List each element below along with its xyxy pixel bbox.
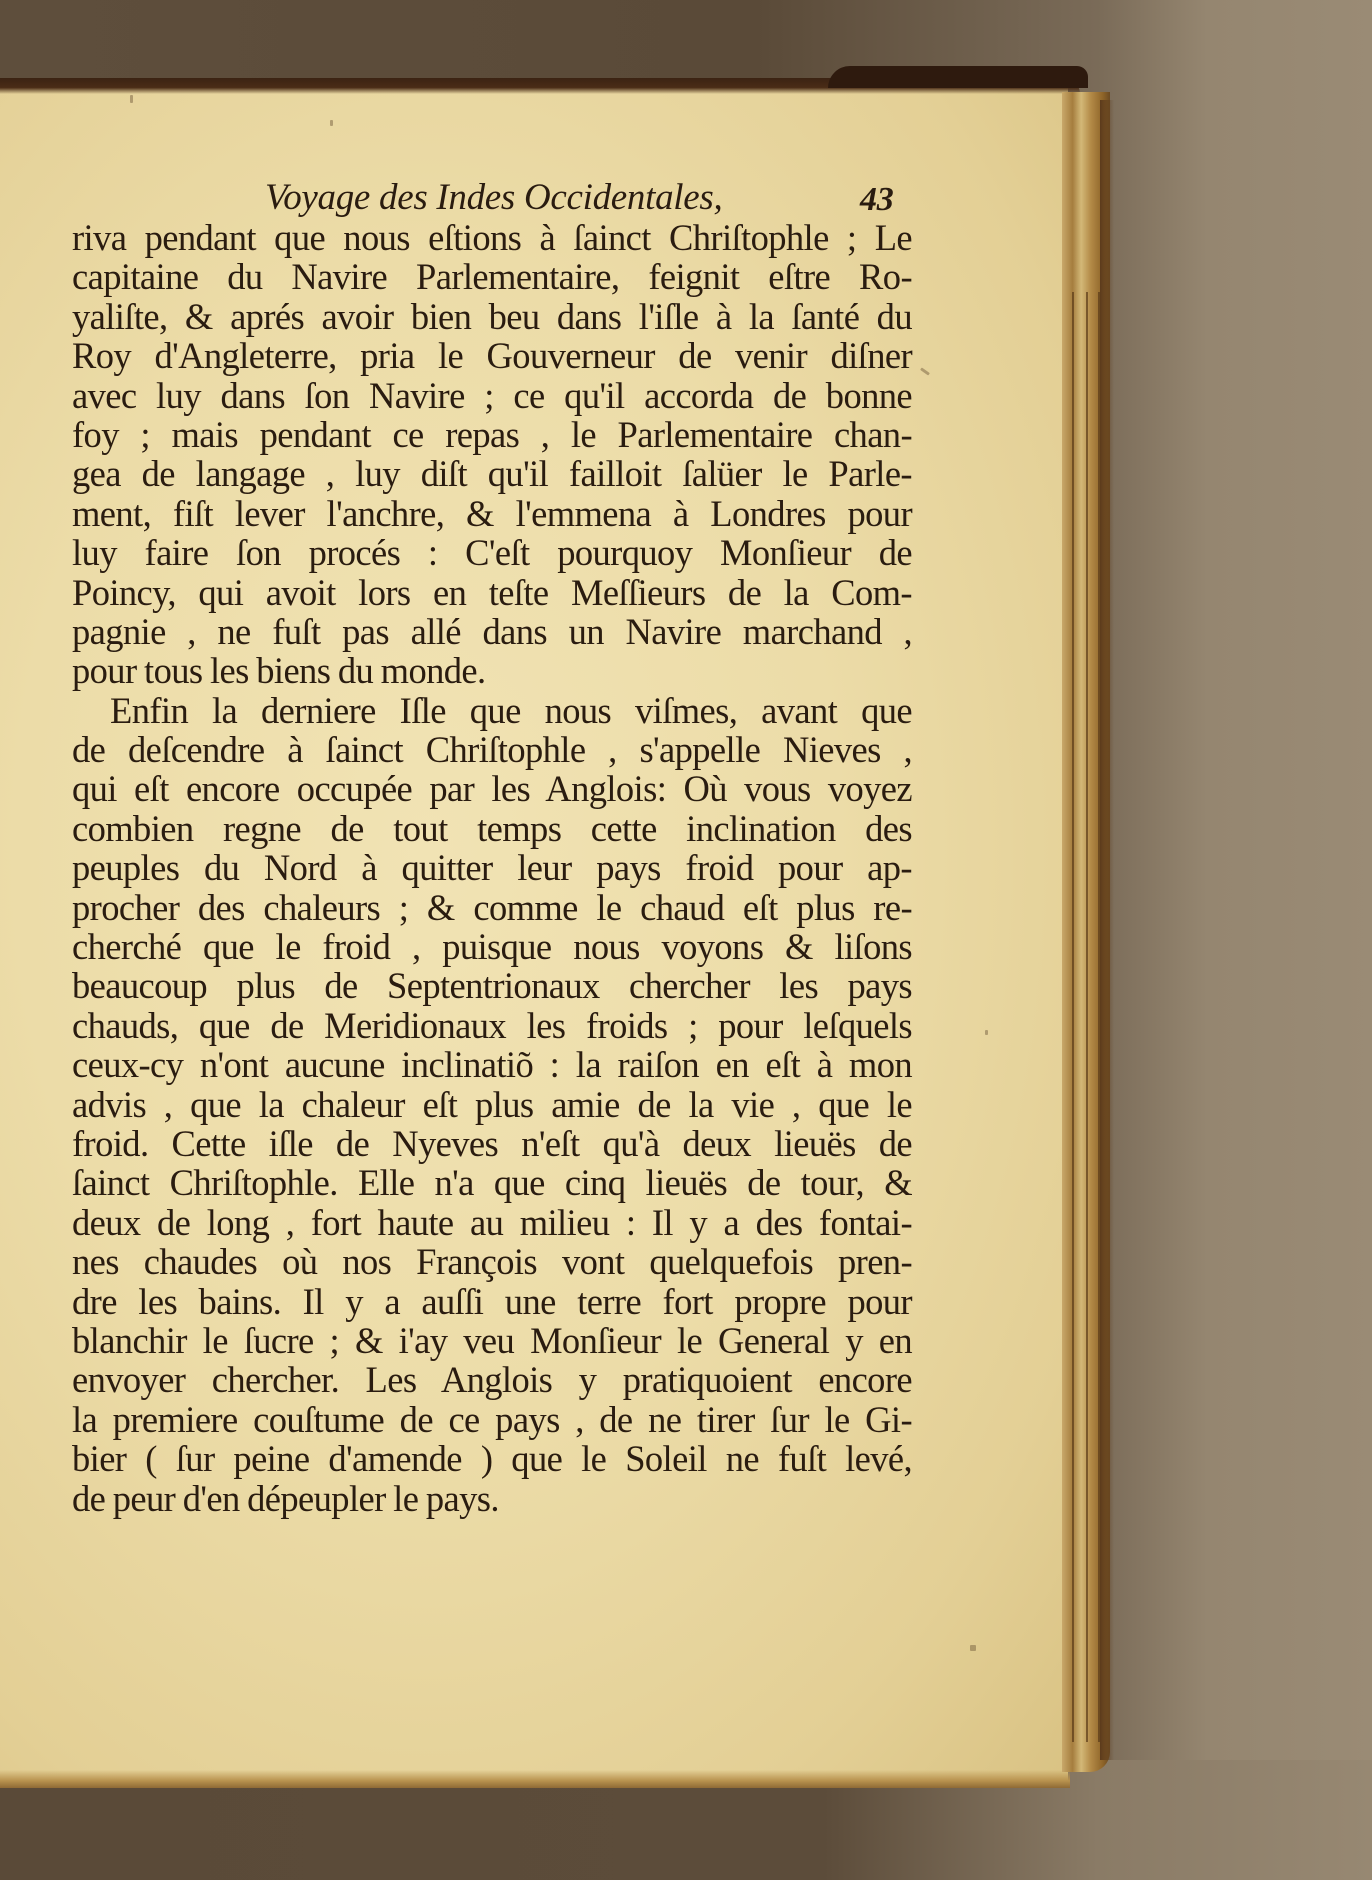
page-edge-line: [1072, 292, 1074, 1742]
text-line: deux de long , fort haute au milieu : Il…: [72, 1203, 912, 1242]
paragraph-end-line: de peur d'en dépeupler le pays.: [72, 1479, 912, 1518]
text-line: ſainct Chriſtophle. Elle n'a que cinq li…: [72, 1163, 912, 1202]
text-line: capitaine du Navire Parlementaire, feign…: [72, 257, 912, 296]
text-line: de deſcendre à ſainct Chriſtophle , s'ap…: [72, 730, 912, 769]
text-line: la premiere couſtume de ce pays , de ne …: [72, 1400, 912, 1439]
page-number: 43: [860, 180, 893, 220]
paper-speck: [985, 1030, 988, 1035]
text-line: ceux-cy n'ont aucune inclinatiõ : la rai…: [72, 1045, 912, 1084]
text-line: pagnie , ne fuſt pas allé dans un Navire…: [72, 612, 912, 651]
text-line: yaliſte, & aprés avoir bien beu dans l'i…: [72, 297, 912, 336]
text-line: blanchir le ſucre ; & i'ay veu Monſieur …: [72, 1321, 912, 1360]
running-title: Voyage des Indes Occidentales,: [265, 178, 722, 218]
paragraph-end-line: pour tous les biens du monde.: [72, 651, 912, 690]
text-line: cherché que le froid , puisque nous voyo…: [72, 927, 912, 966]
text-line: beaucoup plus de Septentrionaux chercher…: [72, 966, 912, 1005]
paper-speck: [130, 95, 133, 103]
text-line: dre les bains. Il y a auſſi une terre fo…: [72, 1282, 912, 1321]
page-top-edge: [0, 78, 1080, 94]
text-line: bier ( ſur peine d'amende ) que le Solei…: [72, 1439, 912, 1478]
running-head: Voyage des Indes Occidentales, 43: [72, 178, 912, 218]
text-line: advis , que la chaleur eſt plus amie de …: [72, 1085, 912, 1124]
text-line: riva pendant que nous eſtions à ſainct C…: [72, 218, 912, 257]
page-edge-line: [1086, 292, 1088, 1742]
cover-edge-shadow: [1100, 100, 1114, 1760]
text-line: envoyer chercher. Les Anglois y pratiquo…: [72, 1360, 912, 1399]
text-line: peuples du Nord à quitter leur pays froi…: [72, 848, 912, 887]
text-line: Roy d'Angleterre, pria le Gouverneur de …: [72, 336, 912, 375]
text-line: gea de langage , luy diſt qu'il failloit…: [72, 454, 912, 493]
text-line: Poincy, qui avoit lors en teſte Meſſieur…: [72, 573, 912, 612]
text-line: froid. Cette iſle de Nyeves n'eſt qu'à d…: [72, 1124, 912, 1163]
text-line: procher des chaleurs ; & comme le chaud …: [72, 888, 912, 927]
page-bottom-edge: [0, 1770, 1070, 1788]
text-line: avec luy dans ſon Navire ; ce qu'il acco…: [72, 376, 912, 415]
paragraph-start-line: Enfin la derniere Iſle que nous viſmes, …: [72, 691, 912, 730]
text-line: nes chaudes où nos François vont quelque…: [72, 1242, 912, 1281]
text-line: luy faire ſon procés : C'eſt pourquoy Mo…: [72, 533, 912, 572]
text-line: foy ; mais pendant ce repas , le Parleme…: [72, 415, 912, 454]
paper-speck: [330, 120, 333, 126]
text-line: combien regne de tout temps cette inclin…: [72, 809, 912, 848]
text-line: qui eſt encore occupée par les Anglois: …: [72, 769, 912, 808]
paper-speck: [970, 1645, 976, 1651]
text-line: chauds, que de Meridionaux les froids ; …: [72, 1006, 912, 1045]
text-line: ment, fiſt lever l'anchre, & l'emmena à …: [72, 494, 912, 533]
page-text: Voyage des Indes Occidentales, 43 riva p…: [72, 178, 912, 1518]
